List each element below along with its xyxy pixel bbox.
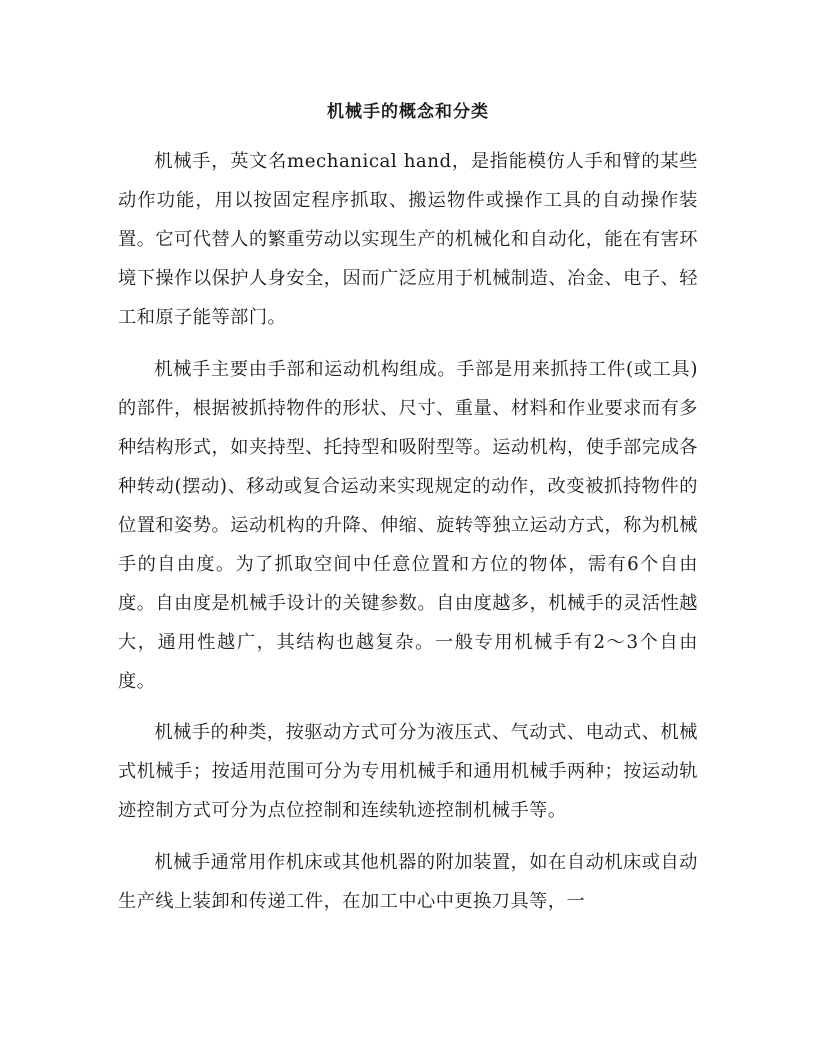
- paragraph-applications: 机械手通常用作机床或其他机器的附加装置，如在自动机床或自动生产线上装卸和传递工件…: [118, 843, 698, 921]
- document-title: 机械手的概念和分类: [118, 97, 698, 122]
- paragraph-classification: 机械手的种类，按驱动方式可分为液压式、气动式、电动式、机械式机械手；按适用范围可…: [118, 713, 698, 830]
- paragraph-structure: 机械手主要由手部和运动机构组成。手部是用来抓持工件(或工具)的部件，根据被抓持物…: [118, 350, 698, 701]
- paragraph-definition: 机械手，英文名mechanical hand，是指能模仿人手和臂的某些动作功能，…: [118, 142, 698, 337]
